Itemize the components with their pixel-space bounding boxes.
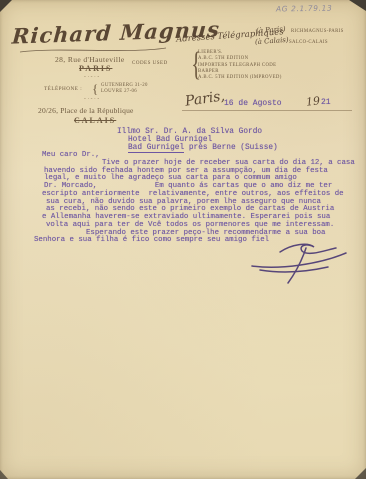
divider-ornament: -·-·- — [84, 74, 101, 80]
phone-label: TÉLÉPHONE : — [44, 86, 82, 92]
photo-corner-bottom-right — [355, 468, 366, 479]
letter-body: Meu caro Dr.,Tive o prazer hoje de receb… — [34, 152, 360, 245]
signature-flourish — [250, 240, 350, 285]
telegraph-calais-value: SALCO-CALAIS — [289, 40, 328, 46]
archive-annotation: AG 2.1.79.13 — [276, 4, 332, 14]
codes-used-label: CODES USED — [132, 61, 168, 66]
recipient-city-rest: près Berne (Suisse) — [184, 144, 278, 152]
paris-city-struck: PARIS — [79, 64, 112, 73]
telegraph-paris-value: RICHMAGNUS-PARIS — [291, 29, 344, 35]
photo-corner-top-right — [349, 0, 366, 11]
paris-street-address: 28, Rue d'Hauteville — [55, 55, 125, 64]
recipient-hotel: Hotel Bad Gurnigel — [128, 136, 212, 144]
telegraph-calais-prefix: (à Calais) — [255, 36, 289, 46]
recipient-name: Illmo Sr. Dr. A. da Silva Gordo — [117, 128, 262, 136]
phone-brace: { — [92, 81, 98, 97]
dateline-printed-year: 19 — [305, 94, 320, 108]
calais-city-struck: CALAIS — [74, 116, 116, 125]
recipient-city-line: Bad Gurnigel près Berne (Suisse) — [128, 144, 278, 152]
phone-line: LOUVRE 27-06 — [101, 89, 148, 95]
dateline-rule — [182, 110, 352, 111]
phone-line: GUTENBERG 31-20 — [101, 83, 148, 89]
photo-corner-bottom-left — [0, 470, 8, 479]
code-entry: A.B.C. 5TH EDITION (IMPROVED) — [198, 75, 282, 81]
dateline-typed-year: 21 — [321, 98, 331, 107]
calais-street-address: 20/26, Place de la République — [38, 106, 134, 115]
name-underline-flourish — [18, 46, 168, 54]
dateline-typed-date: 16 de Agosto — [224, 99, 282, 108]
phone-numbers: GUTENBERG 31-20LOUVRE 27-06 — [101, 83, 148, 95]
photo-corner-top-left — [0, 0, 12, 12]
dateline-place: Paris, — [184, 88, 226, 109]
letter-document: AG 2.1.79.13 Richard Magnus 28, Rue d'Ha… — [0, 0, 366, 479]
divider-ornament: -·-·- — [84, 96, 101, 102]
codes-list: LIEBER'S.A.B.C. 5TH EDITIONIMPORTERS TEL… — [198, 50, 282, 81]
code-entry: IMPORTERS TELEGRAPH CODE — [198, 63, 282, 69]
